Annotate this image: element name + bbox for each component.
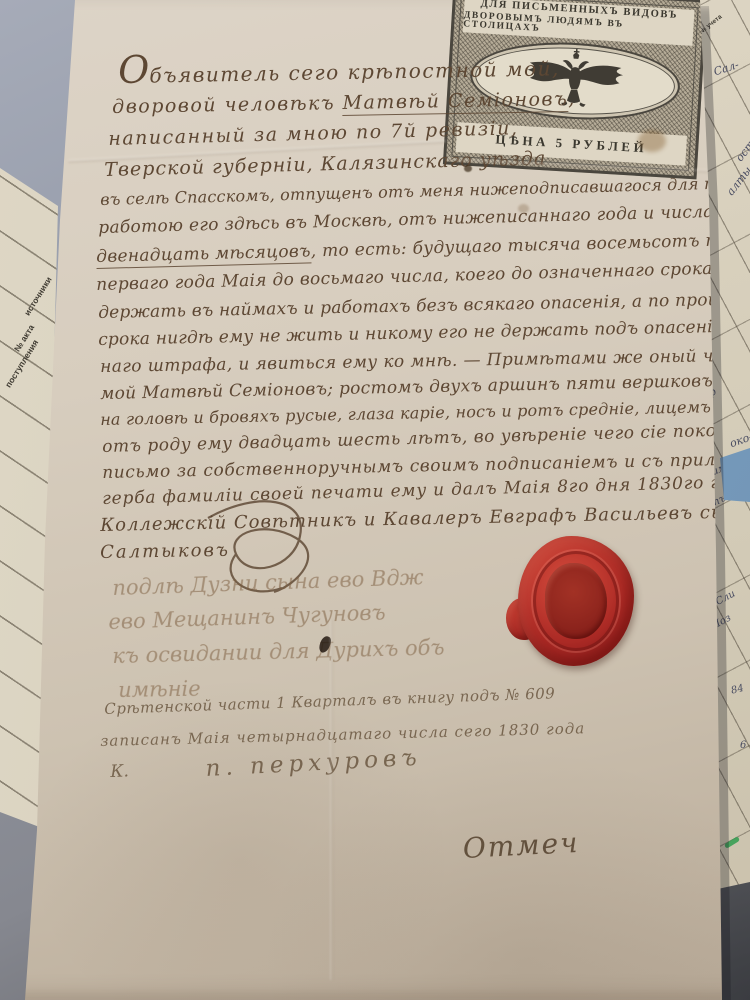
card-entry: око- [728,430,750,450]
stamp-header: ДЛЯ ПИСЬМЕННЫХЪ ВИДОВЪ ДВОРОВЫМЪ ЛЮДЯМЪ … [463,0,695,46]
clerk-initial: К. [110,761,129,782]
card-entry: 6 [740,740,746,751]
manuscript-line: Тверской губерніи, Калязинскаго уѣзда [104,147,547,181]
paper-crease [330,620,333,980]
paper-stain [638,130,666,152]
card-entry: Сал- [712,58,740,78]
card-entry: 84 [730,683,745,697]
faded-annotation-line: къ освидании для Дурихъ объ [112,635,445,668]
photo-scene: источники№ актапоступления № учета Сал-о… [0,0,750,1000]
card-label: источники [22,275,54,317]
card-entry: алты [724,164,750,198]
underlined-phrase: Матвѣй Семіоновъ [342,88,568,116]
document-paper: ДЛЯ ПИСЬМЕННЫХЪ ВИДОВЪ ДВОРОВЫМЪ ЛЮДЯМЪ … [0,0,750,1000]
faded-annotation-line: ево Мещанинъ Чугуновъ [108,600,386,634]
red-wax-seal [518,536,634,666]
underlined-phrase: двенадцать мѣсяцовъ [96,241,311,269]
paper-stain [518,204,529,213]
card-entry: ости [733,132,750,164]
verso-signature: Отмеч [462,826,580,865]
paper-stain [464,165,472,172]
registration-line: записанъ Маія четырнадцатаго числа сего … [100,719,585,750]
clerk-signature: п. перхуровъ [205,745,422,782]
